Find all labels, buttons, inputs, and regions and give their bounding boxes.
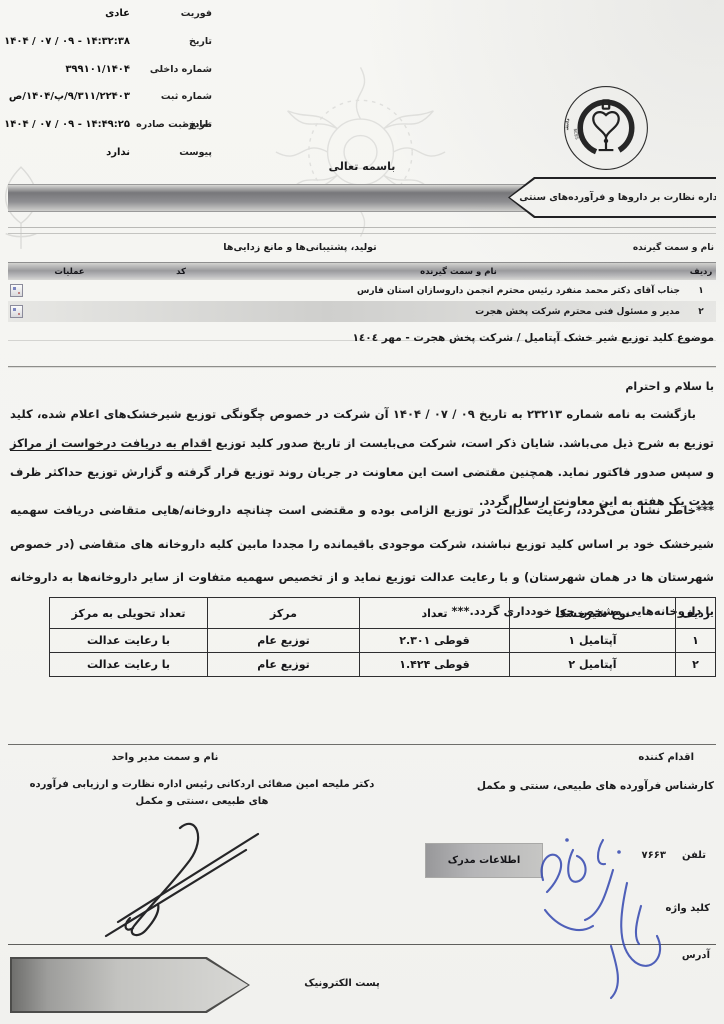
delivered-to-center: با رعایت عدالت	[50, 653, 208, 677]
row-action-icon[interactable]	[10, 305, 23, 318]
department-name: اداره نظارت بر داروها و فرآورده‌های سنتی	[519, 192, 721, 203]
allocation-row-number: ۱	[676, 629, 716, 653]
document-meta-block: فوریت عادی تاریخ ۱۴:۳۲:۳۸ - ۰۹ / ۰۷ / ۱۴…	[10, 0, 212, 167]
svg-text:SHIRAZ UNIVERSITY OF MEDICAL S: SHIRAZ UNIVERSITY OF MEDICAL SCIENCES	[560, 82, 580, 140]
center: توزیع عام	[208, 653, 360, 677]
recipient-row: ۲ مدیر و مسئول فنی محترم شرکت پخش هجرت	[8, 301, 716, 322]
header-code: کد	[131, 267, 231, 277]
recipient-row-number: ۱	[686, 286, 716, 296]
logo-english-ring-text: SHIRAZ UNIVERSITY OF MEDICAL SCIENCES	[560, 82, 580, 140]
logo-persian-ring-text: دانشگاه علوم پزشکی و خدمات بهداشتی درمان…	[560, 82, 571, 131]
header-formula-type: نوع شیرخشک	[510, 598, 676, 629]
header-center: مرکز	[208, 598, 360, 629]
allocation-table-wrap: ردیف نوع شیرخشک تعداد مرکز تعداد تحویلی …	[49, 597, 716, 677]
subject-line: موضوع کلید توزیع شیر خشک آپتامیل / شرکت …	[352, 332, 714, 344]
internal-number-label: شماره داخلی	[130, 56, 212, 84]
outgoing-number-value: ۹/۳۱۱/۲۲۴۰۳/پ/۱۴۰۴/ص	[9, 83, 130, 111]
header-delivered-to-center: تعداد تحویلی به مرکز	[50, 598, 208, 629]
delivered-to-center: با رعایت عدالت	[50, 629, 208, 653]
address-label: آدرس	[682, 950, 710, 961]
allocation-row: ۲ آپتامیل ۲ ۱.۴۲۴ قوطی توزیع عام با رعای…	[50, 653, 716, 677]
recipient-row: ۱ جناب آقای دکتر محمد منفرد رئیس محترم ا…	[8, 280, 716, 301]
meta-row-internal-number: شماره داخلی ۳۹۹۱۰۱/۱۴۰۴	[10, 56, 212, 84]
svg-text:دانشگاه علوم پزشکی و خدمات بهد: دانشگاه علوم پزشکی و خدمات بهداشتی درمان…	[560, 82, 571, 131]
email-label: پست الکترونیک	[262, 978, 422, 989]
blue-stamp-scribble	[515, 828, 685, 1003]
outgoing-date-value: ۱۴:۴۹:۲۵ - ۰۹ / ۰۷ / ۱۴۰۴	[4, 111, 130, 139]
signature-scribble	[100, 818, 265, 940]
header-operations: عملیات	[8, 267, 131, 277]
besmele-text: باسمه تعالی	[0, 160, 724, 173]
date-value: ۱۴:۳۲:۳۸ - ۰۹ / ۰۷ / ۱۴۰۴	[4, 28, 130, 56]
rule-divider	[8, 744, 716, 745]
actor-section-label: اقدام کننده	[638, 752, 694, 763]
header-row-number: ردیف	[676, 598, 716, 629]
header-recipient-name: نام و سمت گیرنده	[231, 267, 686, 277]
actor-title: کارشناس فرآورده های طبیعی، سنتی و مکمل	[477, 780, 714, 792]
recipient-name: مدیر و مسئول فنی محترم شرکت پخش هجرت	[231, 307, 686, 317]
formula-type: آپتامیل ۲	[510, 653, 676, 677]
double-rule-divider	[8, 227, 716, 234]
header-quantity: تعداد	[360, 598, 510, 629]
recipients-table: ردیف نام و سمت گیرنده کد عملیات ۱ جناب آ…	[8, 262, 716, 341]
footer-chevron-banner	[10, 957, 250, 1013]
quantity: ۱.۴۲۴ قوطی	[360, 653, 510, 677]
logo-emblem	[593, 100, 618, 150]
scanned-letter-page: فوریت عادی تاریخ ۱۴:۳۲:۳۸ - ۰۹ / ۰۷ / ۱۴…	[0, 0, 724, 1024]
org-unit-text: تولید، پشتیبانی‌ها و مانع زدایی‌ها	[155, 242, 445, 253]
center: توزیع عام	[208, 629, 360, 653]
recipient-name: جناب آقای دکتر محمد منفرد رئیس محترم انج…	[231, 286, 686, 296]
allocation-row: ۱ آپتامیل ۱ ۲.۳۰۱ قوطی توزیع عام با رعای…	[50, 629, 716, 653]
allocation-table: ردیف نوع شیرخشک تعداد مرکز تعداد تحویلی …	[49, 597, 716, 677]
outgoing-date-label: تاریخ ثبت صادره	[130, 111, 212, 139]
recipient-row-number: ۲	[686, 307, 716, 317]
manager-name-title: دکتر ملیحه امین صفائی اردکانی رئیس اداره…	[28, 776, 376, 810]
phone-label: تلفن	[682, 850, 706, 861]
meta-row-outgoing-date: تاریخ ثبت صادره ۱۴:۴۹:۲۵ - ۰۹ / ۰۷ / ۱۴۰…	[10, 111, 212, 139]
meta-row-date: تاریخ ۱۴:۳۲:۳۸ - ۰۹ / ۰۷ / ۱۴۰۴	[10, 28, 212, 56]
priority-label: فوریت	[130, 0, 212, 28]
priority-value: عادی	[105, 0, 130, 28]
recipient-section-label: نام و سمت گیرنده	[633, 243, 714, 253]
quantity: ۲.۳۰۱ قوطی	[360, 629, 510, 653]
rule-divider	[8, 366, 716, 368]
paragraph-1-underlined: اقدام به دریافت درخواست از مراکز	[10, 436, 212, 450]
allocation-row-number: ۲	[676, 653, 716, 677]
recipients-table-header: ردیف نام و سمت گیرنده کد عملیات	[8, 262, 716, 280]
row-action-icon[interactable]	[10, 284, 23, 297]
header-row-number: ردیف	[686, 267, 716, 277]
manager-section-label: نام و سمت مدیر واحد	[90, 752, 240, 763]
date-label: تاریخ	[130, 28, 212, 56]
meta-row-outgoing-number: شماره ثبت صادره ۹/۳۱۱/۲۲۴۰۳/پ/۱۴۰۴/ص	[10, 83, 212, 111]
formula-type: آپتامیل ۱	[510, 629, 676, 653]
internal-number-value: ۳۹۹۱۰۱/۱۴۰۴	[65, 56, 130, 84]
meta-row-priority: فوریت عادی	[10, 0, 212, 28]
allocation-header-row: ردیف نوع شیرخشک تعداد مرکز تعداد تحویلی …	[50, 598, 716, 629]
ornament-watermark	[243, 52, 478, 252]
department-banner-chevron: اداره نظارت بر داروها و فرآورده‌های سنتی	[508, 177, 716, 218]
salutation: با سلام و احترام	[625, 380, 714, 393]
